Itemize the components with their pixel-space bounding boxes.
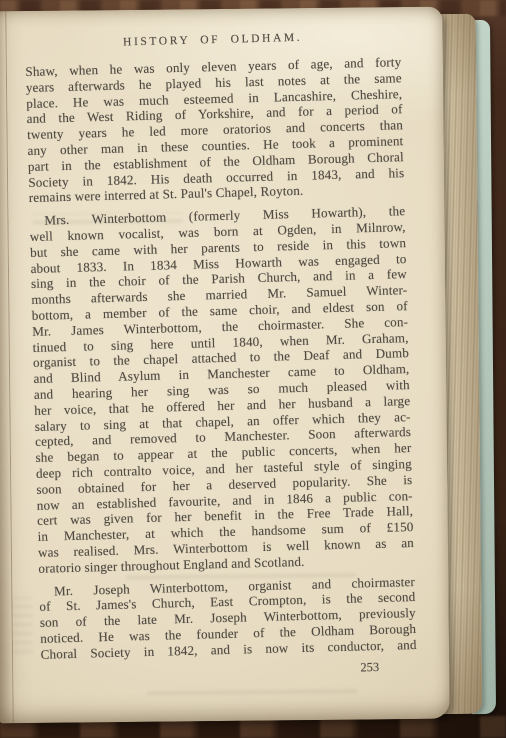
show-through-smudge bbox=[12, 597, 33, 653]
page-number: 253 bbox=[41, 659, 417, 684]
paragraph: Mrs. Winterbottom (formerly Miss Howarth… bbox=[29, 203, 414, 576]
paragraphs: Shaw, when he was only eleven years of a… bbox=[25, 54, 417, 662]
page-content: HISTORY OF OLDHAM. Shaw, when he was onl… bbox=[25, 29, 418, 684]
paragraph: Mr. Joseph Winterbottom, organist and ch… bbox=[39, 573, 417, 662]
book-page: HISTORY OF OLDHAM. Shaw, when he was onl… bbox=[0, 7, 450, 724]
paragraph: Shaw, when he was only eleven years of a… bbox=[25, 54, 405, 206]
book-scan: HISTORY OF OLDHAM. Shaw, when he was onl… bbox=[0, 0, 506, 738]
running-head: HISTORY OF OLDHAM. bbox=[25, 29, 401, 51]
show-through-smudge bbox=[147, 684, 357, 695]
